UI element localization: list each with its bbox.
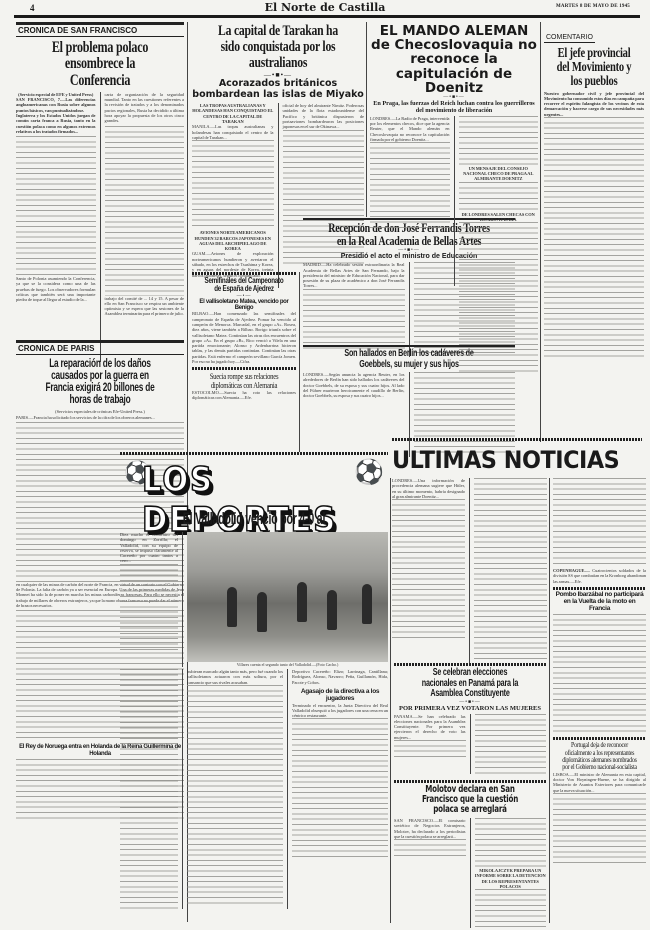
column-rule [182,669,183,909]
body-text-tail: trabajo del comité de ... 14 y 15. A pes… [105,296,185,317]
body-text: hubieran marcado algún tanto más, pero f… [187,669,283,685]
column-rule [549,478,550,923]
dateline: SAN FRANCISCO, 7.—Las diferencias angloa… [16,97,96,113]
body-text [192,140,274,230]
body-text [414,372,516,457]
column-rule [366,22,367,217]
headline: Portugal deja de reconocer oficialmente … [553,742,646,771]
masthead-rule [14,15,640,18]
body-text [392,499,465,639]
player-figure [257,592,267,632]
article-ultimas: LONDRES.—Una información de procedencia … [392,478,547,663]
kicker: AVIONES NORTEAMERICANOS HUNDEN 32 BARCOS… [192,230,274,251]
body-text: Terminado el encuentro, la Junta Directi… [292,703,388,719]
body-text [474,478,547,663]
column-rule [540,22,541,442]
dotted-rule [392,438,642,441]
body-text: LONDRES.—Según anuncia la agencia Reuter… [303,372,405,398]
dateline: COPENHAGUE.— [553,568,590,573]
kicker: MIKOLAJCZYK PREPARA UN INFORME SOBRE LA … [475,868,547,889]
footballer-figure-icon: ⚽ [354,458,384,487]
headline: La reparación de los daños causados por … [16,358,184,406]
column-rule [470,818,471,928]
lead-paragraph: MANILA.—Las tropas australianas y holand… [192,124,274,140]
issue-date: MARTES 8 DE MAYO DE 1945 [556,4,630,9]
column-rule [100,92,101,362]
body-text [553,614,646,734]
dotted-rule [553,587,646,590]
player-figure [327,590,337,630]
photo-caption: Villares cuenta el segundo tanto del Val… [187,662,388,667]
headline: El problema polaco ensombrece la Confere… [16,40,184,89]
body-text: oficial de hoy del almirante Nimitz. Pod… [283,103,365,129]
article-mando-aleman: EL MANDO ALEMAN de Checoslovaquia no rec… [370,24,538,372]
body-text: ESTOCOLMO.—Suecia ha roto las relaciones… [192,390,296,401]
column-rule [390,478,391,923]
right-column-news: COPENHAGUE.— Cuatrocientos soldados de l… [553,478,646,863]
sports-banner: ⚽ LOS DEPORTES ⚽ [120,458,388,506]
headline: La capital de Tarakan ha sido conquistad… [192,24,364,71]
lead-paragraph: Inglaterra y los Estados Unidos juegan d… [16,113,96,134]
body-text [459,222,539,372]
headline: Molotov declara en San Francisco que la … [394,785,546,815]
body-text [475,889,547,929]
body-text: PANAMA.—Se han celebrado las elecciones … [394,714,466,740]
headline: El jefe provincial del Movimiento y los … [544,46,644,89]
dotted-rule [192,367,296,370]
ultimas-noticias-banner: ULTIMAS NOTICIAS [392,446,619,474]
section-label: CRONICA DE SAN FRANCISCO [16,22,184,37]
column-rule [299,272,300,452]
article-san-francisco: CRONICA DE SAN FRANCISCO El problema pol… [16,22,184,362]
headline: Se celebran elecciones nacionales en Pan… [394,668,546,700]
lead-paragraph: PARIS.—Francia ha solicitado los servici… [16,415,184,420]
column-rule [409,372,410,457]
body-text [553,478,646,568]
lead-paragraph: LONDRES.—La Radio de Praga, intervenida … [370,116,450,142]
column-rule [182,532,183,667]
article-molotov: Molotov declara en San Francisco que la … [394,780,546,929]
body-text: BILBAO.—Han comenzado las semifinales de… [192,311,296,364]
body-text [459,182,539,212]
column-rule [469,478,470,663]
body-text [394,740,466,760]
section-label: CRONICA DE PARIS [16,340,184,355]
subheadline: Acorazados británicos bombardean las isl… [192,79,364,100]
article-valladolid: Diez mucho el encuentro del domingo en Z… [120,532,388,909]
body-text [544,117,644,357]
column-rule [470,714,471,774]
kicker: DE LONDRES SALEN CHECAS CON RUMBO A PRAG… [459,212,539,223]
article-commentary: COMENTARIO El jefe provincial del Movimi… [544,26,644,357]
headline: EL MANDO ALEMAN de Checoslovaquia no rec… [370,24,538,95]
subheadline: POR PRIMERA VEZ VOTARON LAS MUJERES [394,705,546,712]
column-rule [287,669,288,909]
dotted-rule [120,452,388,455]
subheadline: El vallisoletano Matea, vencido por Beni… [192,299,296,312]
kicker: LAS TROPAS AUSTRALIANAS Y HOLANDESAS HAN… [192,103,274,124]
player-figure [362,584,372,624]
body-text: LONDRES.—Una información de procedencia … [392,478,465,499]
dotted-rule [394,663,546,666]
body-text [16,136,96,276]
dotted-rule [394,780,546,783]
body-text [459,116,539,166]
newspaper-title: El Norte de Castilla [0,1,650,14]
body-text: Nuestro gobernador civil y jefe provinci… [544,91,644,117]
article-chess: Semifinales del Campeonato de España de … [192,272,296,401]
body-text: LISBOA.—El ministro de Alemania en esta … [553,772,646,793]
player-figure [297,582,307,622]
kicker: UN MENSAJE DEL CONSEJO NACIONAL CHECO DE… [459,166,539,182]
body-text [120,669,178,909]
headline: Suecia rompe sus relaciones diplomáticas… [192,372,296,390]
section-label: COMENTARIO [544,33,595,43]
body-text-tail: Santo de Polonia asumiendo la Conferenci… [16,276,96,302]
body-text [120,564,178,654]
body-text [553,793,646,863]
lineup: Deportivo Cacereño: Elizo; Larrinaga, Ca… [292,669,388,685]
body-text [394,839,466,859]
body-text: SAN FRANCISCO.—El comisario soviético de… [394,818,466,839]
body-text: carta de organización de la seguridad mu… [105,92,185,124]
body-text [475,818,547,868]
subheadline: Agasajo de la directiva a los jugadores [292,689,388,703]
body-text: Diez mucho el encuentro del domingo en Z… [120,532,178,564]
dotted-rule [192,272,296,275]
column-rule [278,103,279,288]
body-text [370,142,450,232]
body-text [292,718,388,858]
headline: Semifinales del Campeonato de España de … [192,277,296,294]
subheadline: En Praga, las fuerzas del Reich luchan c… [370,100,538,114]
column-rule [454,116,455,286]
headline: Pombo Ibarzábal no participará en la Vue… [553,592,646,612]
match-photo [187,532,388,662]
article-panama: Se celebran elecciones nacionales en Pan… [394,663,546,774]
dotted-rule [553,737,646,740]
body-text [187,685,283,905]
body-text [475,714,547,774]
body-text [105,126,185,296]
player-figure [227,587,237,627]
